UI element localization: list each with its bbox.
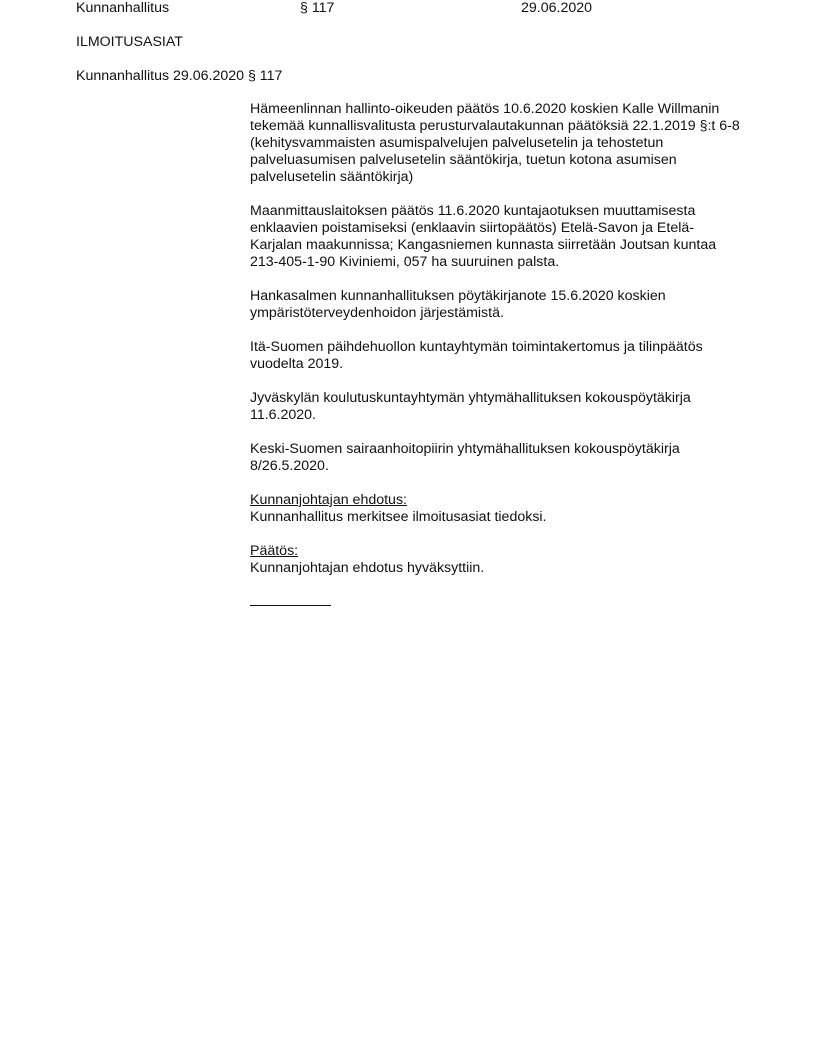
header-section-number: § 117 — [300, 0, 334, 16]
notice-item: Hankasalmen kunnanhallituksen pöytäkirja… — [250, 288, 710, 322]
meeting-reference: Kunnanhallitus 29.06.2020 § 117 — [76, 68, 282, 84]
header-date: 29.06.2020 — [521, 0, 592, 16]
header-body-name: Kunnanhallitus — [76, 0, 169, 16]
notice-item: Jyväskylän koulutuskuntayhtymän yhtymäha… — [250, 390, 720, 424]
section-title: ILMOITUSASIAT — [76, 34, 183, 50]
notice-item: Hämeenlinnan hallinto-oikeuden päätös 10… — [250, 101, 750, 186]
decision-label: Päätös: — [250, 543, 760, 560]
end-rule-divider — [250, 594, 331, 606]
decision-text: Kunnanjohtajan ehdotus hyväksyttiin. — [250, 560, 760, 577]
proposal-label: Kunnanjohtajan ehdotus: — [250, 492, 760, 509]
notice-item: Itä-Suomen päihdehuollon kuntayhtymän to… — [250, 339, 730, 373]
notice-item: Maanmittauslaitoksen päätös 11.6.2020 ku… — [250, 203, 730, 271]
document-body: Hämeenlinnan hallinto-oikeuden päätös 10… — [250, 101, 760, 611]
proposal-text: Kunnanhallitus merkitsee ilmoitusasiat t… — [250, 509, 760, 526]
notice-item: Keski-Suomen sairaanhoitopiirin yhtymäha… — [250, 441, 710, 475]
